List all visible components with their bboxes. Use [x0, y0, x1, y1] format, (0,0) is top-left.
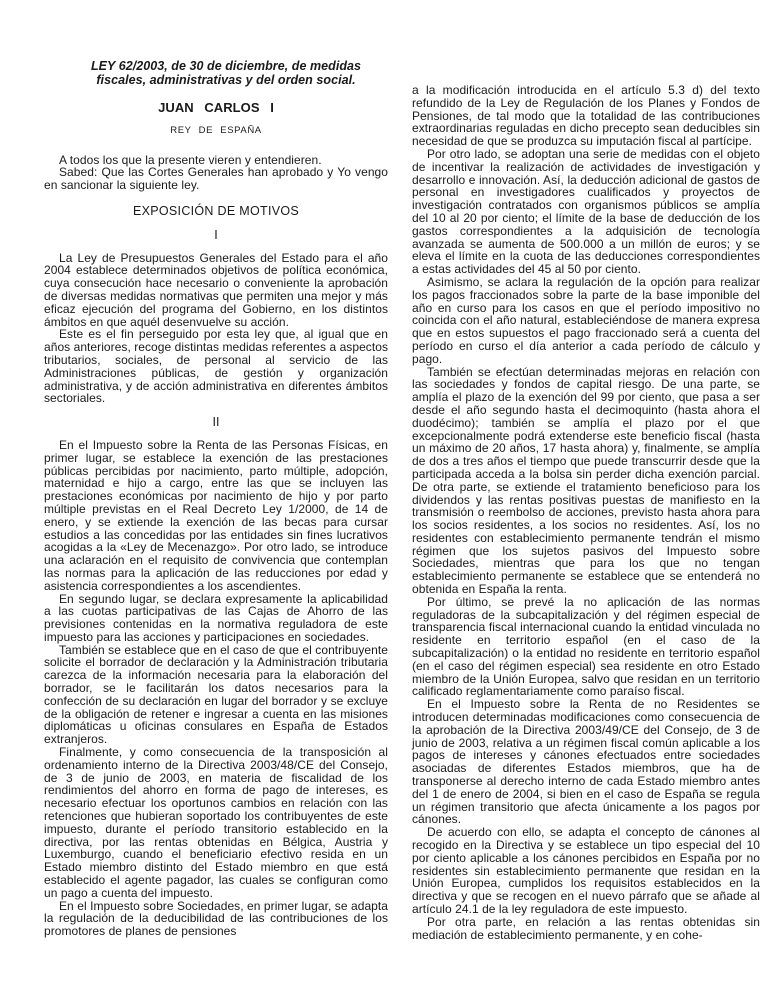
paragraph: En el Impuesto sobre Sociedades, en prim… [44, 900, 388, 938]
paragraph: Por otro lado, se adoptan una serie de m… [412, 148, 760, 276]
paragraph: En el Impuesto sobre la Renta de no Resi… [412, 698, 760, 826]
paragraph: En el Impuesto sobre la Renta de las Per… [44, 439, 388, 593]
paragraph: En segundo lugar, se declara expresament… [44, 593, 388, 644]
paragraph: De acuerdo con ello, se adapta el concep… [412, 826, 760, 916]
paragraph: Por otra parte, en relación a las rentas… [412, 916, 760, 942]
paragraph: Asimismo, se aclara la regulación de la … [412, 276, 760, 366]
paragraph-continuation: a la modificación introducida en el artí… [412, 84, 760, 148]
salutation-line-2: Sabed: Que las Cortes Generales han apro… [44, 166, 388, 192]
document-page: LEY 62/2003, de 30 de diciembre, de medi… [0, 0, 768, 994]
law-title: LEY 62/2003, de 30 de diciembre, de medi… [44, 60, 388, 87]
paragraph: La Ley de Presupuestos Generales del Est… [44, 252, 388, 329]
paragraph: También se efectúan determinadas mejoras… [412, 366, 760, 596]
paragraph: Finalmente, y como consecuencia de la tr… [44, 746, 388, 900]
motives-heading: EXPOSICIÓN DE MOTIVOS [44, 205, 388, 218]
paragraph: Este es el fin perseguido por esta ley q… [44, 328, 388, 405]
section-2-label: II [44, 416, 388, 429]
king-title: REY DE ESPAÑA [44, 125, 388, 138]
left-column: LEY 62/2003, de 30 de diciembre, de medi… [44, 0, 388, 994]
paragraph: Por último, se prevé la no aplicación de… [412, 596, 760, 698]
section-1-label: I [44, 229, 388, 242]
paragraph: También se establece que en el caso de q… [44, 644, 388, 746]
king-name: JUAN CARLOS I [44, 102, 388, 115]
right-column: a la modificación introducida en el artí… [412, 0, 760, 994]
